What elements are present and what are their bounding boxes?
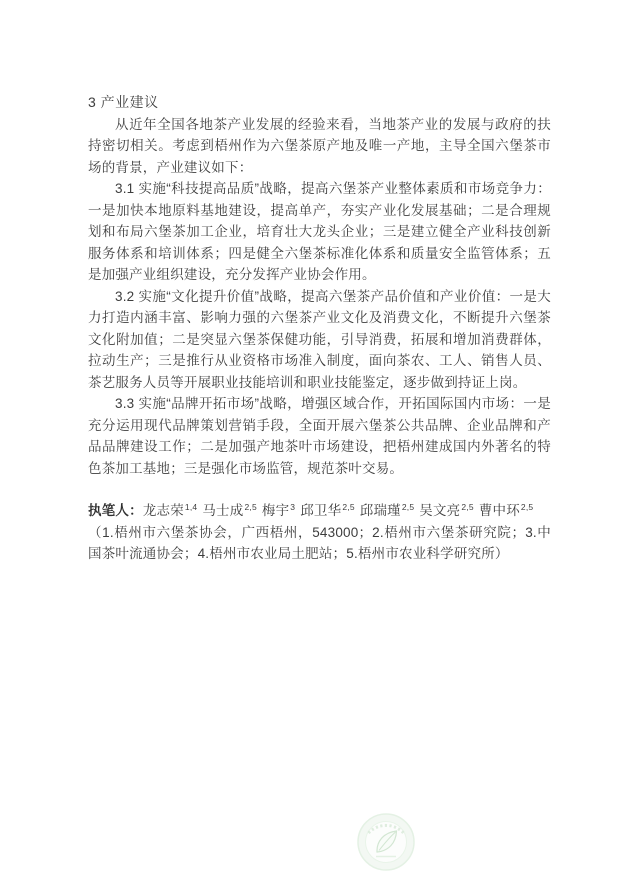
- author-affiliation-superscript: 1,4: [185, 502, 197, 512]
- authors-line: 执笔人：龙志荣1,4马士成2,5梅宇3邱卫华2,5邱瑞瑾2,5吴文亮2,5曹中环…: [88, 500, 551, 522]
- document-page: 3 产业建议 从近年全国各地茶产业发展的经验来看，当地茶产业的发展与政府的扶持密…: [0, 0, 620, 877]
- author-name: 邱瑞瑾2,5: [360, 503, 415, 518]
- authors-list: 龙志荣1,4马士成2,5梅宇3邱卫华2,5邱瑞瑾2,5吴文亮2,5曹中环2,5: [143, 503, 539, 518]
- affiliations-text: （1.梧州市六堡茶协会，广西梧州，543000；2.梧州市六堡茶研究院；3.中国…: [88, 522, 551, 565]
- authors-label: 执笔人：: [88, 503, 143, 518]
- author-affiliation-superscript: 2,5: [461, 502, 473, 512]
- paragraph: 从近年全国各地茶产业发展的经验来看，当地茶产业的发展与政府的扶持密切相关。考虑到…: [88, 114, 551, 179]
- author-affiliation-superscript: 2,5: [244, 502, 256, 512]
- section-heading: 3 产业建议: [88, 92, 551, 114]
- author-name: 梅宇3: [262, 503, 295, 518]
- author-name: 马士成2,5: [202, 503, 257, 518]
- author-name: 邱卫华2,5: [300, 503, 355, 518]
- body-paragraphs: 从近年全国各地茶产业发展的经验来看，当地茶产业的发展与政府的扶持密切相关。考虑到…: [88, 114, 551, 480]
- author-affiliation-superscript: 2,5: [342, 502, 354, 512]
- author-name: 曹中环2,5: [479, 503, 534, 518]
- document-content: 3 产业建议 从近年全国各地茶产业发展的经验来看，当地茶产业的发展与政府的扶持密…: [88, 92, 551, 565]
- leaf-seal-icon: [355, 811, 417, 873]
- author-name: 吴文亮2,5: [419, 503, 474, 518]
- paragraph: 3.3 实施“品牌开拓市场”战略，增强区域合作，开拓国际国内市场：一是充分运用现…: [88, 393, 551, 479]
- paragraph: 3.1 实施“科技提高品质”战略，提高六堡茶产业整体素质和市场竞争力：一是加快本…: [88, 178, 551, 286]
- author-affiliation-superscript: 2,5: [521, 502, 533, 512]
- author-affiliation-superscript: 2,5: [402, 502, 414, 512]
- paragraph: 3.2 实施“文化提升价值”战略，提高六堡茶产品价值和产业价值：一是大力打造内涵…: [88, 286, 551, 394]
- author-name: 龙志荣1,4: [143, 503, 198, 518]
- author-affiliation-superscript: 3: [290, 502, 295, 512]
